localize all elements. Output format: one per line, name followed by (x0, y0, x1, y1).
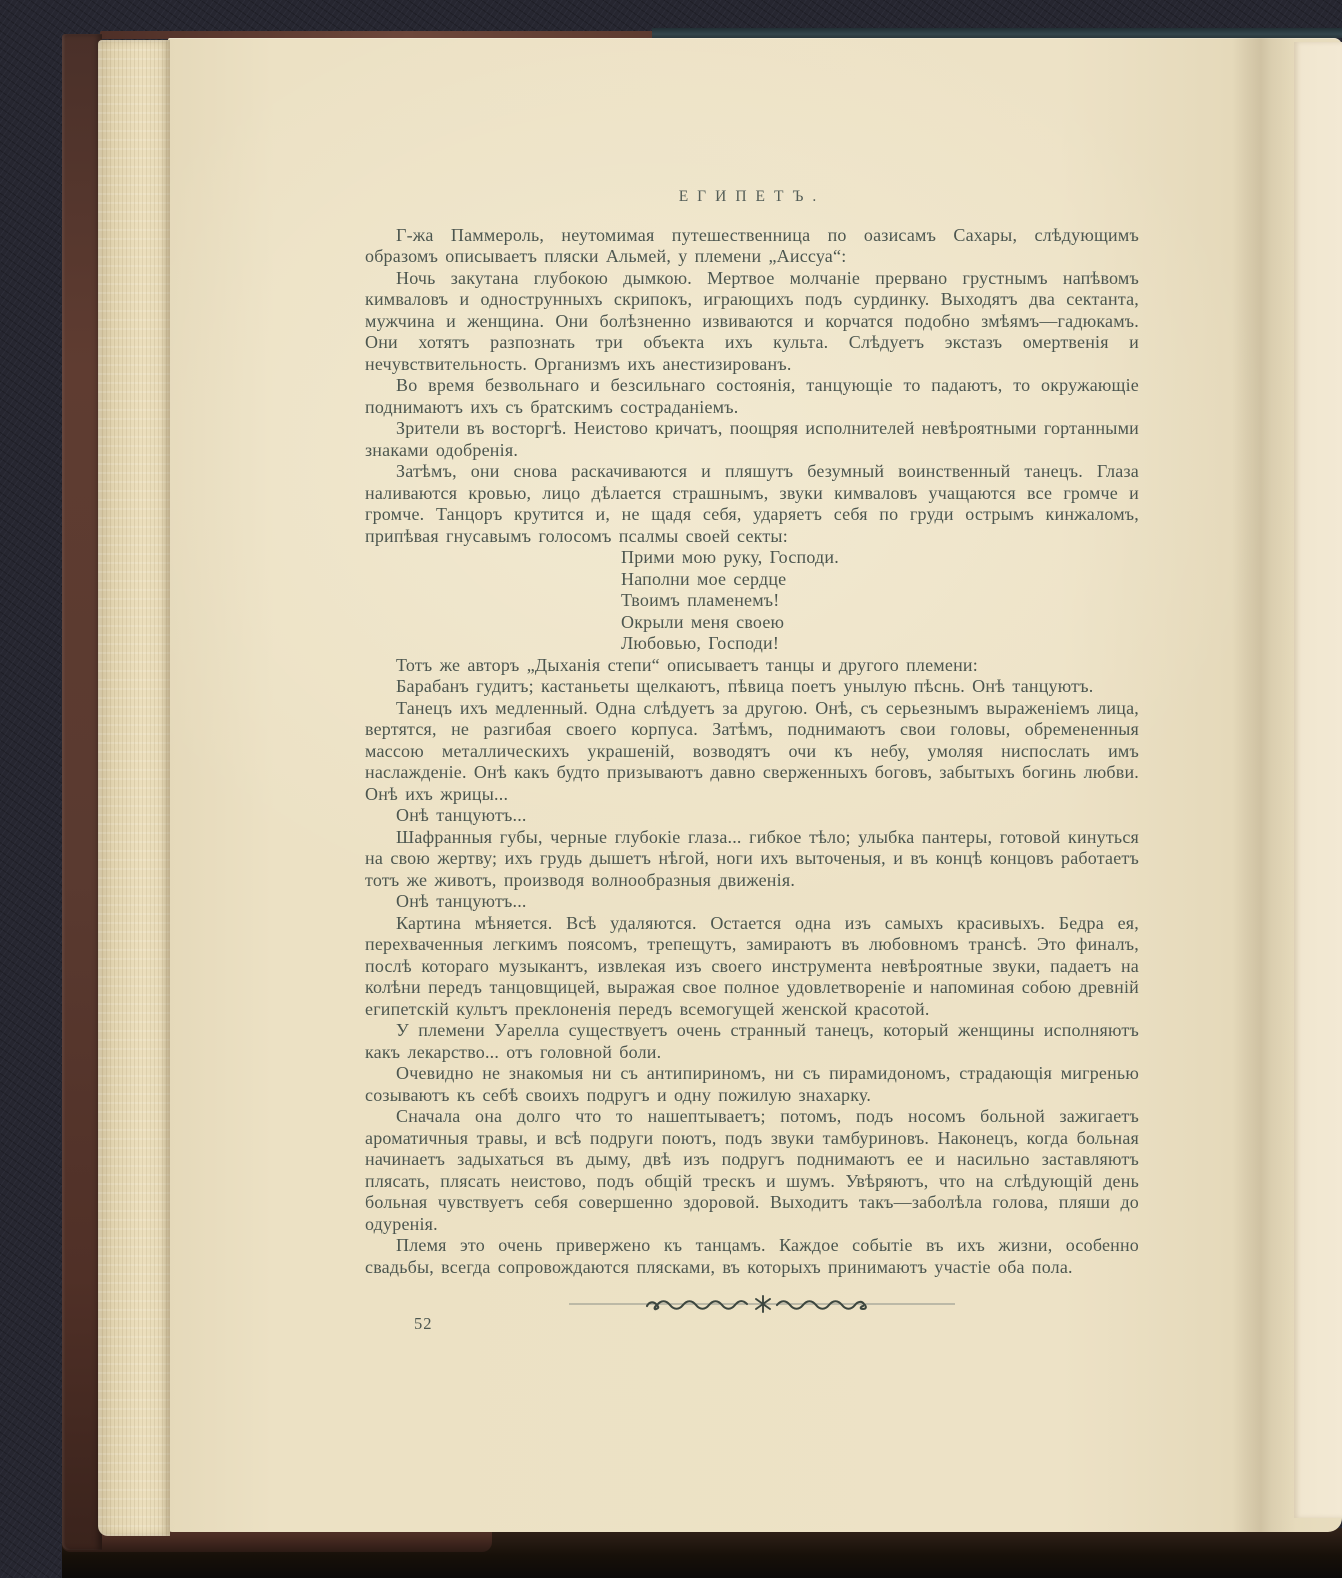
paragraph: Барабанъ гудитъ; кастаньеты щелкаютъ, пѣ… (365, 676, 1139, 698)
paragraph: Г-жа Паммероль, неутомимая путешественни… (365, 225, 1139, 268)
paragraph: Тотъ же авторъ „Дыханія степи“ описывает… (365, 655, 1139, 677)
paragraph: Картина мѣняется. Всѣ удаляются. Остаетс… (365, 913, 1139, 1021)
paragraph: Во время безвольнаго и безсильнаго состо… (365, 375, 1139, 418)
verse-line: Любовью, Господи! (621, 633, 1139, 655)
verse-block: Прими мою руку, Господи.Наполни мое серд… (621, 547, 1139, 655)
paragraph: Онѣ танцуютъ... (365, 805, 1139, 827)
paragraph: Ночь закутана глубокою дымкою. Мертвое м… (365, 268, 1139, 376)
paragraph: Танецъ ихъ медленный. Одна слѣдуетъ за д… (365, 698, 1139, 806)
page-number: 52 (414, 1314, 433, 1334)
divider-flourish-icon (567, 1292, 957, 1316)
gutter-shadow (1232, 38, 1296, 1532)
paragraph: У племени Уарелла существуетъ очень стра… (365, 1020, 1139, 1063)
facing-page-edge (1294, 42, 1342, 1518)
body-text: ЕГИПЕТЪ. Г-жа Паммероль, неутомимая путе… (365, 186, 1139, 1278)
verse-line: Окрыли меня своею (621, 612, 1139, 634)
verse-line: Прими мою руку, Господи. (621, 547, 1139, 569)
book-cover-spine (62, 34, 102, 1550)
paragraph: Очевидно не знакомыя ни съ антипириномъ,… (365, 1063, 1139, 1106)
book-board-top-edge (652, 28, 1342, 38)
book-scan: ЕГИПЕТЪ. Г-жа Паммероль, неутомимая путе… (0, 0, 1342, 1578)
page-title: ЕГИПЕТЪ. (365, 186, 1139, 208)
paragraph: Племя это очень привержено къ танцамъ. К… (365, 1235, 1139, 1278)
verse-line: Наполни мое сердце (621, 569, 1139, 591)
paragraph: Зрители въ восторгѣ. Неистово кричатъ, п… (365, 418, 1139, 461)
paragraph: Шафранныя губы, черные глубокіе глаза...… (365, 827, 1139, 892)
page-stack-fore-edge (98, 40, 170, 1536)
paragraph: Онѣ танцуютъ... (365, 891, 1139, 913)
verse-line: Твоимъ пламенемъ! (621, 590, 1139, 612)
paragraph: Сначала она долго что то нашептываетъ; п… (365, 1106, 1139, 1235)
paragraph: Затѣмъ, они снова раскачиваются и пляшут… (365, 461, 1139, 547)
